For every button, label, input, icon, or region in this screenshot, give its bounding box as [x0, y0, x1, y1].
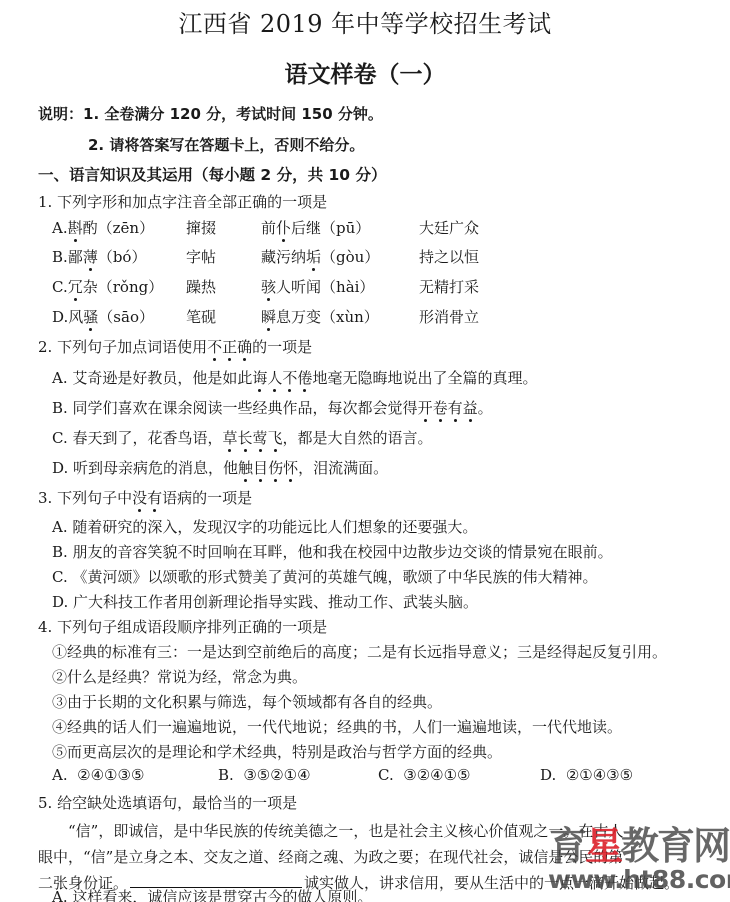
- q1-option-c-col2: 躁热: [186, 276, 216, 297]
- q3-option-d: D. 广大科技工作者用创新理论指导实践、推动工作、武装头脑。: [52, 591, 478, 612]
- q1-option-b-col2: 字帖: [186, 246, 216, 267]
- notes-item-1: 1. 全卷满分 120 分，考试时间 150 分钟。: [83, 105, 383, 123]
- emphasis-char: 冗: [68, 276, 83, 297]
- emphasis-char: 骚: [83, 306, 98, 327]
- q1-option-d-col3: 瞬息万变（xùn）: [261, 306, 379, 327]
- emphasis-char: 薄: [83, 246, 98, 267]
- q4-option-b: B. ③⑤②①④: [218, 766, 311, 784]
- q5-passage-line-2: 眼中，“信”是立身之本、交友之道、经商之魂、为政之要；在现代社会，诚信是公民的第: [38, 846, 623, 867]
- paper-subtitle: 语文样卷（一）: [0, 56, 730, 89]
- q2-stem: 2. 下列句子加点词语使用不正确的一项是: [38, 336, 312, 357]
- q1-option-a-col2: 撺掇: [186, 217, 216, 238]
- emphasis-char: 瞬: [261, 306, 276, 327]
- q4-sentence-5: ⑤而更高层次的是理论和学术经典，特别是政治与哲学方面的经典。: [52, 741, 502, 762]
- q2-option-b: B. 同学们喜欢在课余阅读一些经典作品，每次都会觉得开卷有益。: [52, 397, 493, 418]
- notes-line-1: 说明：1. 全卷满分 120 分，考试时间 150 分钟。: [38, 103, 383, 124]
- q4-option-c: C. ③②④①⑤: [378, 766, 471, 784]
- q4-stem: 4. 下列句子组成语段顺序排列正确的一项是: [38, 616, 327, 637]
- q4-option-d: D. ②①④③⑤: [540, 766, 633, 784]
- emphasis-char: 仆: [276, 217, 291, 238]
- q1-option-b-col3: 藏污纳垢（gòu）: [261, 246, 379, 267]
- q1-option-b-col4: 持之以恒: [419, 246, 479, 267]
- q2-option-a: A. 艾奇逊是好教员，他是如此诲人不倦地毫无隐晦地说出了全篇的真理。: [52, 367, 537, 388]
- q1-option-d-col1: D.风骚（sāo）: [52, 306, 154, 327]
- emphasis-char: 斟: [68, 217, 83, 238]
- q1-stem: 1. 下列字形和加点字注音全部正确的一项是: [38, 191, 327, 212]
- q5-stem: 5. 给空缺处选填语句，最恰当的一项是: [38, 792, 297, 813]
- q1-option-c-col3: 骇人听闻（hài）: [261, 276, 374, 297]
- q1-option-c-col4: 无精打采: [419, 276, 479, 297]
- q1-option-d-col4: 形消骨立: [419, 306, 479, 327]
- q5-passage-line-1: “信”，即诚信，是中华民族的传统美德之一，也是社会主义核心价值观之一。在古人: [68, 820, 623, 841]
- q4-sentence-4: ④经典的话人们一遍遍地说，一代代地说；经典的书，人们一遍遍地读，一代代地读。: [52, 716, 622, 737]
- q5-option-a: A. 这样看来，诚信应该是贯穿古今的做人原则。: [52, 886, 372, 902]
- q1-option-a-col4: 大廷广众: [419, 217, 479, 238]
- q1-option-a-col3: 前仆后继（pū）: [261, 217, 370, 238]
- q3-option-a: A. 随着研究的深入，发现汉字的功能远比人们想象的还要强大。: [52, 516, 477, 537]
- q4-sentence-3: ③由于长期的文化积累与筛选，每个领域都有各自的经典。: [52, 691, 442, 712]
- q1-option-d-col2: 笔砚: [186, 306, 216, 327]
- emphasis-char: 骇: [261, 276, 276, 297]
- q1-option-c-col1: C.冗杂（rǒng）: [52, 276, 163, 297]
- notes-label: 说明：: [38, 105, 83, 123]
- q3-option-b: B. 朋友的音容笑貌不时回响在耳畔，他和我在校园中边散步边交谈的情景宛在眼前。: [52, 541, 613, 562]
- q3-option-c: C. 《黄河颂》以颂歌的形式赞美了黄河的英雄气魄，歌颂了中华民族的伟大精神。: [52, 566, 597, 587]
- emphasis-char: 垢: [306, 246, 321, 267]
- q2-option-d: D. 听到母亲病危的消息，他触目伤怀，泪流满面。: [52, 457, 388, 478]
- q4-sentence-2: ②什么是经典？常说为经，常念为典。: [52, 666, 307, 687]
- q1-option-b-col1: B.鄙薄（bó）: [52, 246, 146, 267]
- q2-option-c: C. 春天到了，花香鸟语，草长莺飞，都是大自然的语言。: [52, 427, 433, 448]
- q1-option-a-col1: A.斟酌（zēn）: [52, 217, 154, 238]
- notes-item-2: 2. 请将答案写在答题卡上，否则不给分。: [88, 134, 364, 155]
- exam-title: 江西省 2019 年中等学校招生考试: [0, 4, 730, 39]
- q4-option-a: A. ②④①③⑤: [52, 766, 144, 784]
- q3-stem: 3. 下列句子中没有语病的一项是: [38, 487, 252, 508]
- section-heading: 一、语言知识及其运用（每小题 2 分，共 10 分）: [38, 163, 386, 185]
- q4-sentence-1: ①经典的标准有三：一是达到空前绝后的高度；二是有长远指导意义；三是经得起反复引用…: [52, 641, 667, 662]
